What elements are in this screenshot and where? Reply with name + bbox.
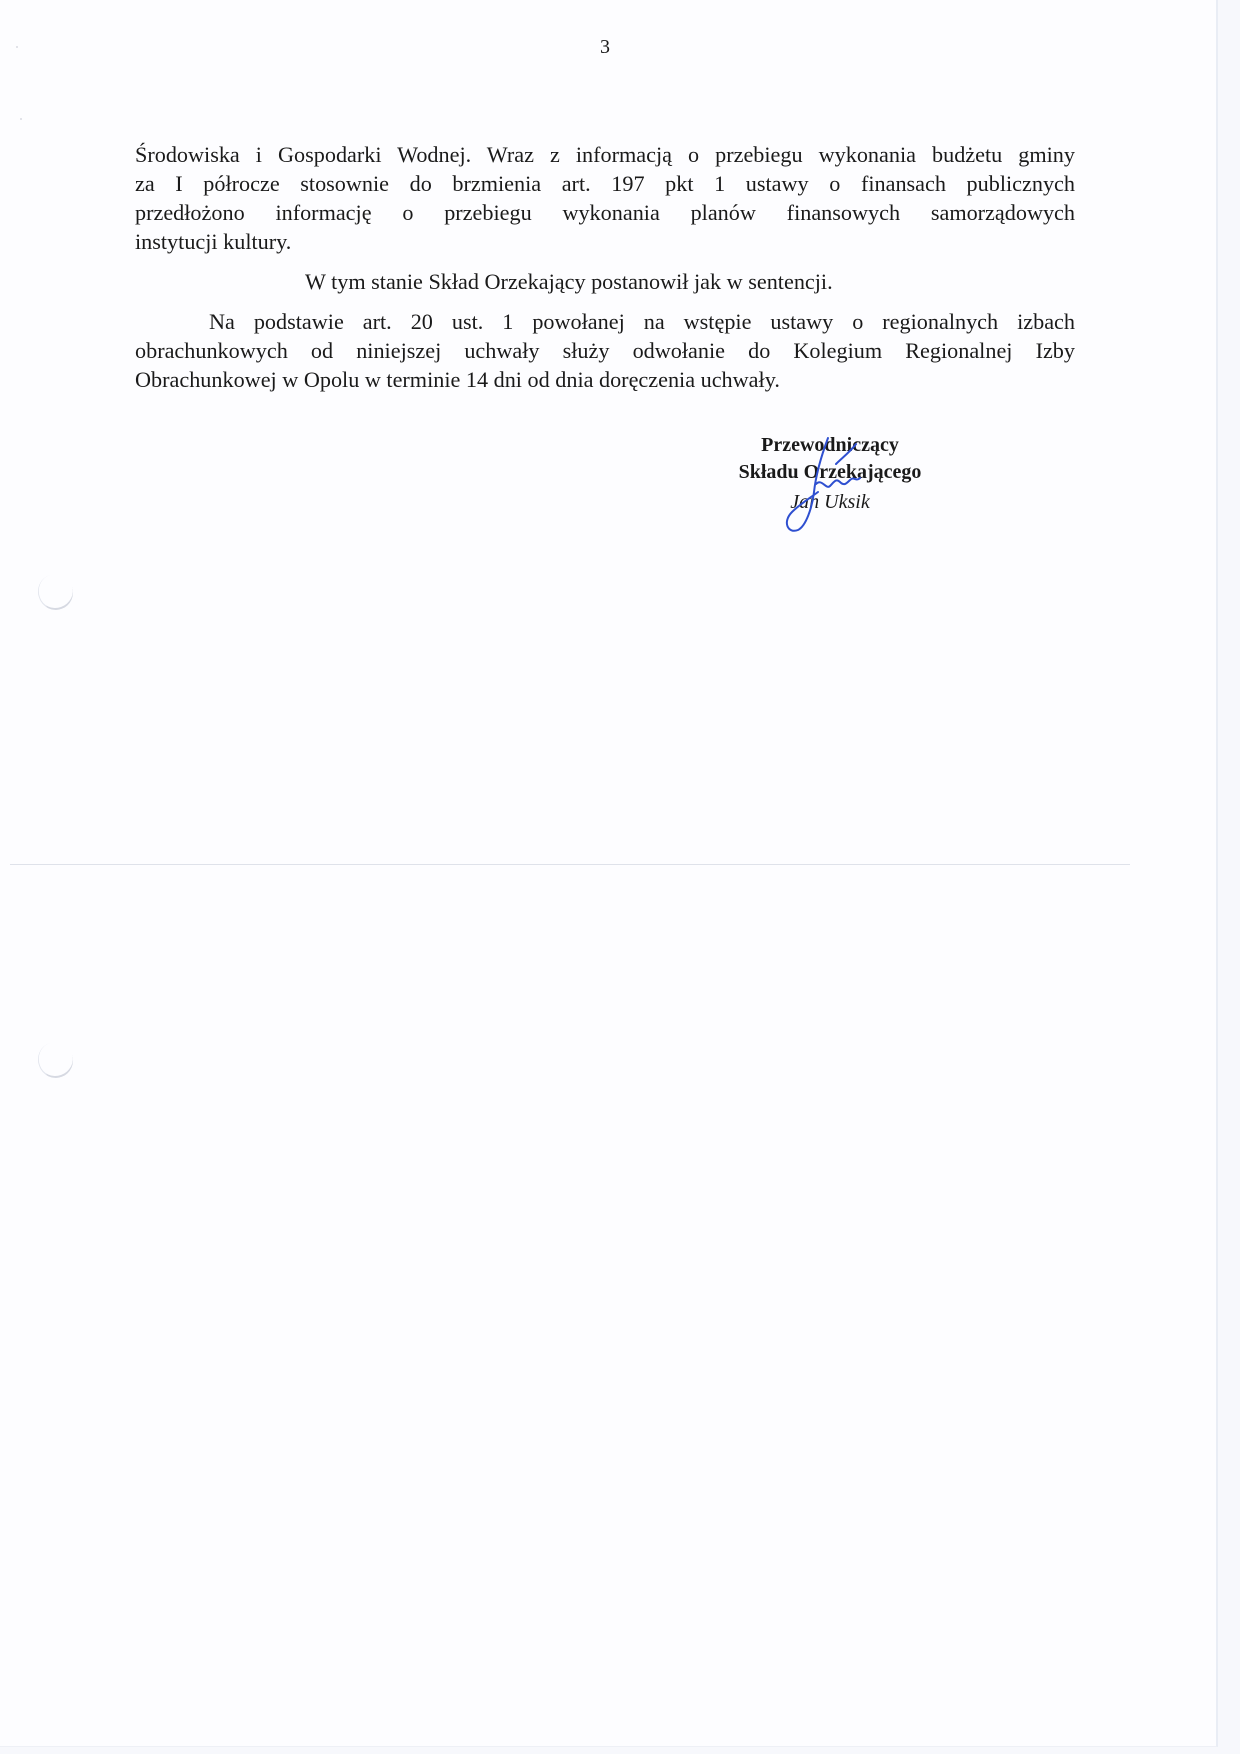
text-line: Na podstawie art. 20 ust. 1 powołanej na… (135, 307, 1075, 336)
signature-title-line-2: Składu Orzekającego (700, 459, 960, 486)
punch-hole-mark (33, 1037, 78, 1083)
scanned-page: 3 Środowiska i Gospodarki Wodnej. Wraz z… (0, 0, 1218, 1747)
text-line: za I półrocze stosownie do brzmienia art… (135, 169, 1075, 198)
signature-title-line-1: Przewodniczący (700, 432, 960, 459)
punch-hole-mark (33, 569, 78, 615)
text-line: przedłożono informację o przebiegu wykon… (135, 198, 1075, 227)
fold-line (10, 864, 1130, 865)
text-line: Obrachunkowej w Opolu w terminie 14 dni … (135, 365, 1075, 394)
signature-block: Przewodniczący Składu Orzekającego Jan U… (700, 432, 960, 516)
paragraph-budget-info: Środowiska i Gospodarki Wodnej. Wraz z i… (135, 140, 1075, 256)
paragraph-appeal-notice: Na podstawie art. 20 ust. 1 powołanej na… (135, 307, 1075, 394)
document-body: Środowiska i Gospodarki Wodnej. Wraz z i… (135, 140, 1075, 394)
text-line: Środowiska i Gospodarki Wodnej. Wraz z i… (135, 140, 1075, 169)
scan-speck (20, 118, 22, 120)
text-line: instytucji kultury. (135, 227, 1075, 256)
signatory-name: Jan Uksik (700, 489, 960, 516)
text-line: obrachunkowych od niniejszej uchwały słu… (135, 336, 1075, 365)
paragraph-decision: W tym stanie Skład Orzekający postanowił… (135, 267, 1075, 296)
page-number: 3 (0, 36, 1210, 59)
